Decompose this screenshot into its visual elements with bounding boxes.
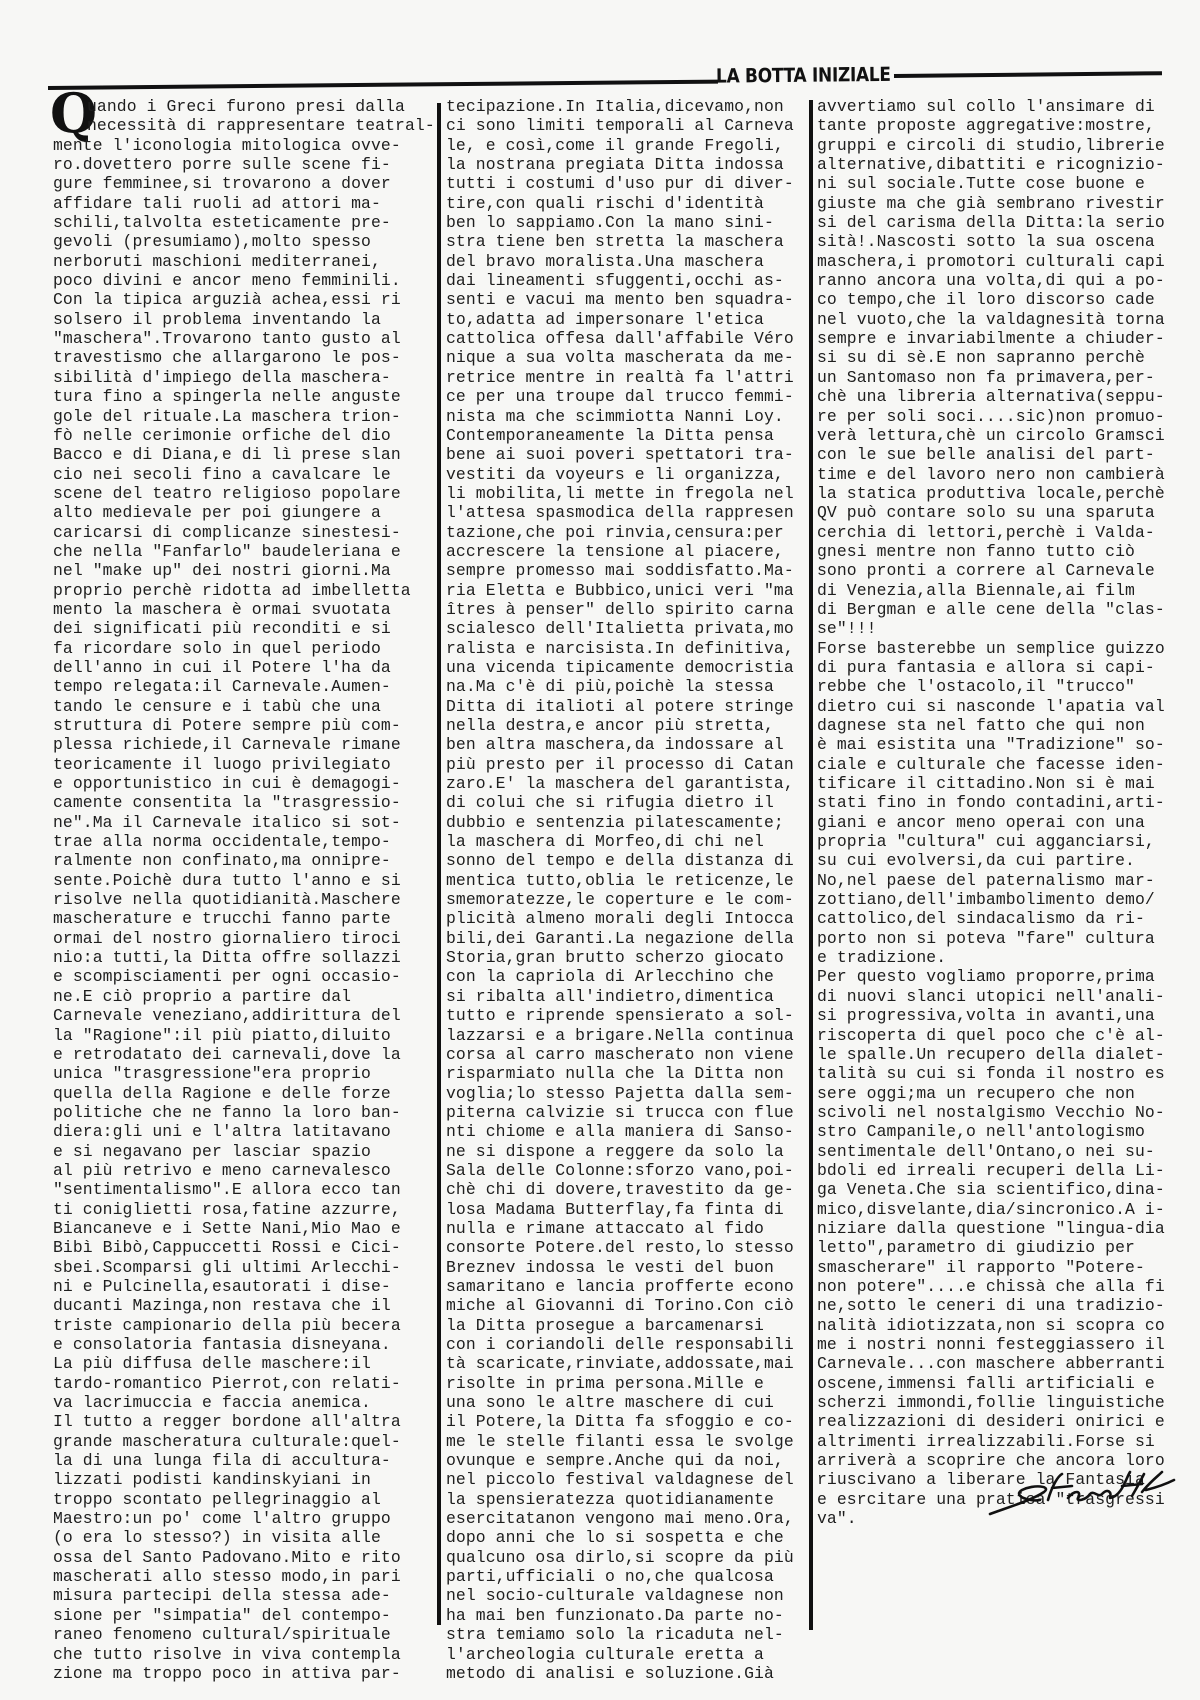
text-line: me le stelle filanti essa le svolge — [446, 1432, 821, 1451]
text-line: No,nel paese del paternalismo mar- — [817, 871, 1197, 890]
text-line: la spensieratezza quotidianamente — [446, 1490, 821, 1509]
text-line: la statica produttiva locale,perchè — [817, 484, 1197, 503]
text-line: scivoli nel nostalgismo Vecchio No- — [817, 1103, 1197, 1122]
text-line: nel piccolo festival valdagnese del — [446, 1470, 821, 1489]
text-line: teoricamente il luogo privilegiato — [53, 755, 433, 774]
text-line: nique a sua volta mascherata da me- — [446, 348, 821, 367]
text-line: ro.dovettero porre sulle scene fi- — [53, 155, 433, 174]
text-line: vestiti da voyeurs e li organizza, — [446, 465, 821, 484]
text-line: chè chi di dovere,travestito da ge- — [446, 1180, 821, 1199]
article-column-1: uando i Greci furono presi dallanecessit… — [53, 97, 433, 1683]
text-line: gevoli (presumiamo),molto spesso — [53, 232, 433, 251]
text-line: tando le censure e i tabù che una — [53, 697, 433, 716]
text-line: Breznev indossa le vesti del buon — [446, 1258, 821, 1277]
text-line: QV può contare solo su una sparuta — [817, 503, 1197, 522]
text-line: camente consentita la "trasgressio- — [53, 793, 433, 812]
article-column-2: tecipazione.In Italia,dicevamo,nonci son… — [446, 97, 821, 1683]
text-line: cattolica offesa dall'affabile Véro — [446, 329, 821, 348]
text-line: oscene,immensi falli artificiali e — [817, 1374, 1197, 1393]
text-line: gruppi e circoli di studio,librerie — [817, 136, 1197, 155]
text-line: dell'anno in cui il Potere l'ha da — [53, 658, 433, 677]
text-line: gole del rituale.La maschera trion- — [53, 407, 433, 426]
text-line: retrice mentre in realtà fa l'attri — [446, 368, 821, 387]
text-line: ne.E ciò proprio a partire dal — [53, 987, 433, 1006]
text-line: propria "cultura" cui agganciarsi, — [817, 832, 1197, 851]
text-line: Con la tipica arguzià achea,essi ri — [53, 290, 433, 309]
text-line: cattolico,del sindacalismo da ri- — [817, 909, 1197, 928]
text-line: affidare tali ruoli ad attori ma- — [53, 194, 433, 213]
text-line: zottiano,dell'imbambolimento demo/ — [817, 890, 1197, 909]
text-line: nel "make up" dei nostri giorni.Ma — [53, 561, 433, 580]
text-line: lizzati podisti kandinskyiani in — [53, 1470, 433, 1489]
text-line: senti e vacui ma mento ben squadra- — [446, 290, 821, 309]
text-line: ciale e culturale che facesse iden- — [817, 755, 1197, 774]
text-line: ranno ancora una volta,di qui a po- — [817, 271, 1197, 290]
text-line: tura fino a spingerla nelle anguste — [53, 387, 433, 406]
text-line: giani e ancor meno operai con una — [817, 813, 1197, 832]
text-line: tificare il cittadino.Non si è mai — [817, 774, 1197, 793]
text-line: e retrodatato dei carnevali,dove la — [53, 1045, 433, 1064]
text-line: zione ma troppo poco in attiva par- — [53, 1664, 433, 1683]
text-line: Contemporaneamente la Ditta pensa — [446, 426, 821, 445]
text-line: e tradizione. — [817, 948, 1197, 967]
text-line: risparmiato nulla che la Ditta non — [446, 1064, 821, 1083]
text-line: il Potere,la Ditta fa sfoggio e co- — [446, 1412, 821, 1431]
text-line: nti chiome e alla maniera di Sanso- — [446, 1122, 821, 1141]
text-line: con le sue belle analisi del part- — [817, 445, 1197, 464]
text-line: ci sono limiti temporali al Carneva — [446, 116, 821, 135]
text-line: l'archeologia culturale eretta a — [446, 1645, 821, 1664]
text-line: ni sul sociale.Tutte cose buone e — [817, 174, 1197, 193]
text-line: "maschera".Trovarono tanto gusto al — [53, 329, 433, 348]
text-line: ralmente non confinato,ma onnipre- — [53, 851, 433, 870]
text-line: mascherature e trucchi fanno parte — [53, 909, 433, 928]
text-line: e consolatoria fantasia disneyana. — [53, 1335, 433, 1354]
text-line: ralista e narcisista.In definitiva, — [446, 639, 821, 658]
text-line: e scompisciamenti per ogni occasio- — [53, 967, 433, 986]
text-line: ben lo sappiamo.Con la mano sini- — [446, 213, 821, 232]
text-line: Sala delle Colonne:sforzo vano,poi- — [446, 1161, 821, 1180]
text-line: verà lettura,chè un circolo Gramsci — [817, 426, 1197, 445]
text-line: nel socio-culturale valdagnese non — [446, 1586, 821, 1605]
text-line: fò nelle cerimonie orfiche del dio — [53, 426, 433, 445]
text-line: dei significati più reconditi e si — [53, 619, 433, 638]
text-line: chè una libreria alternativa(seppu- — [817, 387, 1197, 406]
text-line: Forse basterebbe un semplice guizzo — [817, 639, 1197, 658]
page-header: LA BOTTA INIZIALE — [0, 0, 1200, 110]
text-line: la Ditta prosegue a barcamenarsi — [446, 1316, 821, 1335]
text-line: caricarsi di complicanze sinestesi- — [53, 523, 433, 542]
text-line: se"!!! — [817, 619, 1197, 638]
text-line: ce per una troupe dal trucco femmi- — [446, 387, 821, 406]
text-line: sere oggi;ma un recupero che non — [817, 1084, 1197, 1103]
text-line: sbei.Scomparsi gli ultimi Arlecchi- — [53, 1258, 433, 1277]
text-line: avvertiamo sul collo l'ansimare di — [817, 97, 1197, 116]
text-line: nulla e rimane attaccato al fido — [446, 1219, 821, 1238]
text-line: solsero il problema inventando la — [53, 310, 433, 329]
text-line: diera:gli uni e l'altra latitavano — [53, 1122, 433, 1141]
text-line: di Bergman e alle cene della "clas- — [817, 600, 1197, 619]
text-line: ne".Ma il Carnevale italico si sot- — [53, 813, 433, 832]
text-line: riscoperta di quel poco che c'è al- — [817, 1026, 1197, 1045]
text-line: unica "trasgressione"era proprio — [53, 1064, 433, 1083]
text-line: plessa richiede,il Carnevale rimane — [53, 735, 433, 754]
text-line: sentimentale dell'Ontano,o nei su- — [817, 1142, 1197, 1161]
text-line: non potere"....e chissà che alla fi — [817, 1277, 1197, 1296]
text-line: "sentimentalismo".E allora ecco tan — [53, 1180, 433, 1199]
text-line: Carnevale...con maschere abberranti — [817, 1354, 1197, 1373]
text-line: mento la maschera è ormai svuotata — [53, 600, 433, 619]
text-line: ti coniglietti rosa,fatine azzurre, — [53, 1200, 433, 1219]
text-line: Ditta di italioti al potere stringe — [446, 697, 821, 716]
section-title: LA BOTTA INIZIALE — [716, 64, 891, 89]
text-line: tà scaricate,rinviate,addossate,mai — [446, 1354, 821, 1373]
text-line: sonno del tempo e della distanza di — [446, 851, 821, 870]
text-line: ni e Pulcinella,esautorati i dise- — [53, 1277, 433, 1296]
text-line: mico,disvelante,dia/sincronico.A i- — [817, 1200, 1197, 1219]
text-line: stra tiene ben stretta la maschera — [446, 232, 821, 251]
text-line: tante proposte aggregative:mostre, — [817, 116, 1197, 135]
article-column-3: avvertiamo sul collo l'ansimare ditante … — [817, 97, 1197, 1528]
text-line: niziare dalla questione "lingua-dia — [817, 1219, 1197, 1238]
text-line: la nostrana pregiata Ditta indossa — [446, 155, 821, 174]
text-line: ga Veneta.Che sia scientifico,dina- — [817, 1180, 1197, 1199]
text-line: va lacrimuccia e faccia anemica. — [53, 1393, 433, 1412]
text-line: politiche che ne fanno la loro ban- — [53, 1103, 433, 1122]
text-line: ormai del nostro giornaliero tiroci — [53, 929, 433, 948]
text-line: sibilità d'impiego della maschera- — [53, 368, 433, 387]
text-line: talità su cui si fonda il nostro es — [817, 1064, 1197, 1083]
text-line: nista ma che scimmiotta Nanni Loy. — [446, 407, 821, 426]
text-line: Per questo vogliamo proporre,prima — [817, 967, 1197, 986]
text-line: risolve nella quotidianità.Maschere — [53, 890, 433, 909]
text-line: sono pronti a correre al Carnevale — [817, 561, 1197, 580]
text-line: consorte Potere.del resto,lo stesso — [446, 1238, 821, 1257]
text-line: lazzarsi e a brigare.Nella continua — [446, 1026, 821, 1045]
text-line: time e del lavoro nero non cambierà — [817, 465, 1197, 484]
text-line: Biancaneve e i Sette Nani,Mio Mao e — [53, 1219, 433, 1238]
text-line: trae alla norma occidentale,tempo- — [53, 832, 433, 851]
text-line: metodo di analisi e soluzione.Già — [446, 1664, 821, 1683]
text-line: ducanti Mazinga,non restava che il — [53, 1296, 433, 1315]
text-line: Storia,gran brutto scherzo giocato — [446, 948, 821, 967]
text-line: con la capriola di Arlecchino che — [446, 967, 821, 986]
text-line: re per soli soci....sic)non promuo- — [817, 407, 1197, 426]
text-line: na.Ma c'è di più,poichè la stessa — [446, 677, 821, 696]
text-line: me i nostri nonni festeggiassero il — [817, 1335, 1197, 1354]
text-line: dai lineamenti sfuggenti,occhi as- — [446, 271, 821, 290]
text-line: ovunque e sempre.Anche qui da noi, — [446, 1451, 821, 1470]
text-line: ossa del Santo Padovano.Mito e rito — [53, 1548, 433, 1567]
text-line: tecipazione.In Italia,dicevamo,non — [446, 97, 821, 116]
text-line: bene ai suoi poveri spettatori tra- — [446, 445, 821, 464]
text-line: ria Eletta e Bubbico,unici veri "ma — [446, 581, 821, 600]
text-line: mente l'iconologia mitologica ovve- — [53, 136, 433, 155]
text-line: tire,con quali rischi d'identità — [446, 194, 821, 213]
text-line: gure femminee,si trovarono a dover — [53, 174, 433, 193]
text-line: risolte in prima persona.Mille e — [446, 1374, 821, 1393]
text-line: nerboruti maschioni mediterranei, — [53, 252, 433, 271]
text-line: maschera,i promotori culturali capi — [817, 252, 1197, 271]
text-line: ne,sotto le ceneri di una tradizio- — [817, 1296, 1197, 1315]
text-line: gnesi mentre non fanno tutto ciò — [817, 542, 1197, 561]
text-line: accrescere la tensione al piacere, — [446, 542, 821, 561]
text-line: l'attesa spasmodica della rappresen — [446, 503, 821, 522]
text-line: si progressiva,volta in avanti,una — [817, 1006, 1197, 1025]
text-line: di colui che si rifugia dietro il — [446, 793, 821, 812]
text-line: si del carisma della Ditta:la serio — [817, 213, 1197, 232]
text-line: scialesco dell'Italietta privata,mo — [446, 619, 821, 638]
text-line: e opportunistico in cui è demagogi- — [53, 774, 433, 793]
text-line: La più diffusa delle maschere:il — [53, 1354, 433, 1373]
text-line: su cui evolversi,da cui partire. — [817, 851, 1197, 870]
text-line: travestismo che allargarono le pos- — [53, 348, 433, 367]
text-line: nio:a tutti,la Ditta offre sollazzi — [53, 948, 433, 967]
text-line: zaro.E' la maschera del garantista, — [446, 774, 821, 793]
text-line: raneo fenomeno cultural/spirituale — [53, 1625, 433, 1644]
text-line: necessità di rappresentare teatral- — [53, 116, 433, 135]
text-line: tempo relegata:il Carnevale.Aumen- — [53, 677, 433, 696]
text-line: scene del teatro religioso popolare — [53, 484, 433, 503]
text-line: tardo-romantico Pierrot,con relati- — [53, 1374, 433, 1393]
text-line: è mai esistita una "Tradizione" so- — [817, 735, 1197, 754]
text-line: cio nei secoli fino a cavalcare le — [53, 465, 433, 484]
text-line: sione per "simpatia" del contempo- — [53, 1606, 433, 1625]
text-line: dubbio e sentenzia pilatescamente; — [446, 813, 821, 832]
text-line: una vicenda tipicamente democristia — [446, 658, 821, 677]
text-line: esercitatanon vengono mai meno.Ora, — [446, 1509, 821, 1528]
text-line: stati fino in fondo contadini,arti- — [817, 793, 1197, 812]
text-line: del bravo moralista.Una maschera — [446, 252, 821, 271]
text-line: Bibì Bibò,Cappuccetti Rossi e Cici- — [53, 1238, 433, 1257]
text-line: la "Ragione":il più piatto,diluito — [53, 1026, 433, 1045]
text-line: si su di sè.E non sapranno perchè — [817, 348, 1197, 367]
text-line: voglia;lo stesso Pajetta dalla sem- — [446, 1084, 821, 1103]
text-line: bili,dei Garanti.La negazione della — [446, 929, 821, 948]
text-line: dietro cui si nasconde l'apatia val — [817, 697, 1197, 716]
text-line: co tempo,che il loro discorso cade — [817, 290, 1197, 309]
text-line: troppo scontato pellegrinaggio al — [53, 1490, 433, 1509]
text-line: con i coriandoli delle responsabili — [446, 1335, 821, 1354]
text-line: realizzazioni di desideri onirici e — [817, 1412, 1197, 1431]
text-line: struttura di Potere sempre più com- — [53, 716, 433, 735]
text-line: scherzi immondi,follie linguistiche — [817, 1393, 1197, 1412]
text-line: uando i Greci furono presi dalla — [53, 97, 433, 116]
text-line: la di una lunga fila di accultura- — [53, 1451, 433, 1470]
text-line: proprio perchè ridotta ad imbelletta — [53, 581, 433, 600]
text-line: stro Campanile,o nell'antologismo — [817, 1122, 1197, 1141]
text-line: porto non si poteva "fare" cultura — [817, 929, 1197, 948]
text-line: nalità idiotizzata,non si scopra co — [817, 1316, 1197, 1335]
text-line: misura partecipi della stessa ade- — [53, 1586, 433, 1605]
text-line: quella della Ragione e delle forze — [53, 1084, 433, 1103]
text-line: cerchia di lettori,perchè i Valda- — [817, 523, 1197, 542]
text-line: ben altra maschera,da indossare al — [446, 735, 821, 754]
text-line: parti,ufficiali o no,che qualcosa — [446, 1567, 821, 1586]
text-line: to,adatta ad impersonare l'etica — [446, 310, 821, 329]
text-line: Il tutto a regger bordone all'altra — [53, 1412, 433, 1431]
text-line: smemoratezze,le coperture e le com- — [446, 890, 821, 909]
text-line: fa ricordare solo in quel periodo — [53, 639, 433, 658]
text-line: piterna calvizie si trucca con flue — [446, 1103, 821, 1122]
text-line: altrimenti irrealizzabili.Forse si — [817, 1432, 1197, 1451]
text-line: alto medievale per poi giungere a — [53, 503, 433, 522]
text-line: mentica tutto,oblia le reticenze,le — [446, 871, 821, 890]
text-line: sempre promesso mai soddisfatto.Ma- — [446, 561, 821, 580]
text-line: qualcuno osa dirlo,si scopre da più — [446, 1548, 821, 1567]
text-line: di Venezia,alla Biennale,ai film — [817, 581, 1197, 600]
text-line: di nuovi slanci utopici nell'anali- — [817, 987, 1197, 1006]
text-line: nel vuoto,che la valdagnesità torna — [817, 310, 1197, 329]
header-rule-right — [894, 71, 1162, 78]
text-line: un Santomaso non fa primavera,per- — [817, 368, 1197, 387]
text-line: si ribalta all'indietro,dimentica — [446, 987, 821, 1006]
text-line: sità!.Nascosti sotto la sua oscena — [817, 232, 1197, 251]
text-line: nella destra,e ancor più stretta, — [446, 716, 821, 735]
column-divider-2 — [809, 100, 813, 1630]
text-line: che nella "Fanfarlo" baudeleriana e — [53, 542, 433, 561]
signature-scribble-icon — [982, 1456, 1182, 1526]
text-line: poco divini e ancor meno femminili. — [53, 271, 433, 290]
text-line: tutti i costumi d'uso pur di diver- — [446, 174, 821, 193]
text-line: schili,talvolta esteticamente pre- — [53, 213, 433, 232]
text-line: smascherare" il rapporto "Potere- — [817, 1258, 1197, 1277]
text-line: stra temiamo solo la ricaduta nel- — [446, 1625, 821, 1644]
text-line: ne si dispone a reggere da solo la — [446, 1142, 821, 1161]
text-line: Bacco e di Diana,e di lì prese slan — [53, 445, 433, 464]
text-line: samaritano e lancia profferte econo — [446, 1277, 821, 1296]
column-divider-1 — [437, 103, 441, 1625]
author-signature — [982, 1456, 1182, 1526]
text-line: triste campionario della più becera — [53, 1316, 433, 1335]
text-line: di pura fantasia e allora si capi- — [817, 658, 1197, 677]
text-line: al più retrivo e meno carnevalesco — [53, 1161, 433, 1180]
text-line: che tutto risolve in viva contempla — [53, 1645, 433, 1664]
text-line: corsa al carro mascherato non viene — [446, 1045, 821, 1064]
text-line: bdoli ed irreali recuperi della Li- — [817, 1161, 1197, 1180]
text-line: una sono le altre maschere di cui — [446, 1393, 821, 1412]
header-rule-left — [48, 80, 718, 90]
text-line: giuste ma che già sembrano rivestir — [817, 194, 1197, 213]
text-line: Carnevale veneziano,addirittura del — [53, 1006, 433, 1025]
text-line: îtres à penser" dello spirito carna — [446, 600, 821, 619]
text-line: letto",parametro di giudizio per — [817, 1238, 1197, 1257]
text-line: dopo anni che lo si sospetta e che — [446, 1528, 821, 1547]
text-line: plicità almeno morali degli Intocca — [446, 909, 821, 928]
text-line: sempre e invariabilmente a chiuder- — [817, 329, 1197, 348]
text-line: le spalle.Un recupero della dialet- — [817, 1045, 1197, 1064]
text-line: Maestro:un po' come l'altro gruppo — [53, 1509, 433, 1528]
text-line: losa Madama Butterflay,fa finta di — [446, 1200, 821, 1219]
text-line: la maschera di Morfeo,di chi nel — [446, 832, 821, 851]
text-line: mascherati allo stesso modo,in pari — [53, 1567, 433, 1586]
text-line: rebbe che l'ostacolo,il "trucco" — [817, 677, 1197, 696]
text-line: e si negavano per lasciar spazio — [53, 1142, 433, 1161]
text-line: tazione,che poi rinvia,censura:per — [446, 523, 821, 542]
text-line: (o era lo stesso?) in visita alle — [53, 1528, 433, 1547]
text-line: tutto e riprende spensierato a sol- — [446, 1006, 821, 1025]
text-line: alternative,dibattiti e ricognizio- — [817, 155, 1197, 174]
text-line: dagnese sta nel fatto che qui non — [817, 716, 1197, 735]
text-line: li mobilita,li mette in fregola nel — [446, 484, 821, 503]
text-line: miche al Giovanni di Torino.Con ciò — [446, 1296, 821, 1315]
text-line: ha mai ben funzionato.Da parte no- — [446, 1606, 821, 1625]
text-line: più presto per il processo di Catan — [446, 755, 821, 774]
text-line: sente.Poichè dura tutto l'anno e si — [53, 871, 433, 890]
text-line: le, e così,come il grande Fregoli, — [446, 136, 821, 155]
text-line: grande mascheratura culturale:quel- — [53, 1432, 433, 1451]
